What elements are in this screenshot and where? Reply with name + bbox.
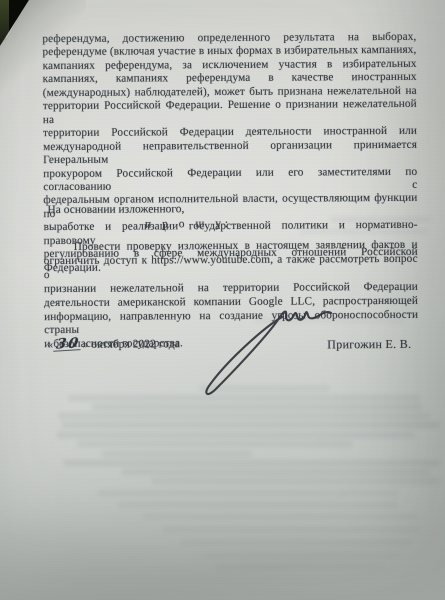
document-text-line: международной неправительственной органи…: [43, 138, 417, 167]
basis-line: На основании изложенного,: [47, 203, 184, 216]
date-quote-open: «: [47, 338, 53, 351]
document-text: референдума, достижению определенного ре…: [0, 0, 445, 600]
date-text: » октября 2022 года: [83, 337, 180, 351]
paper-sheet: референдума, достижению определенного ре…: [0, 0, 445, 600]
request-heading: п р о ш у:: [43, 216, 333, 231]
signer-name: Пригожин Е. В.: [327, 337, 411, 353]
document-photo: референдума, достижению определенного ре…: [0, 0, 445, 600]
date-line: «30» октября 2022 года: [47, 337, 180, 351]
handwritten-day: 30: [53, 338, 83, 352]
document-text-line: территории Российской Федерации. Решение…: [43, 98, 417, 127]
signature-icon: [191, 290, 335, 398]
document-text-line: ограничить доступ к https://www.youtube.…: [44, 253, 418, 283]
document-text-line: прокурором Российской Федерации или его …: [43, 165, 417, 194]
